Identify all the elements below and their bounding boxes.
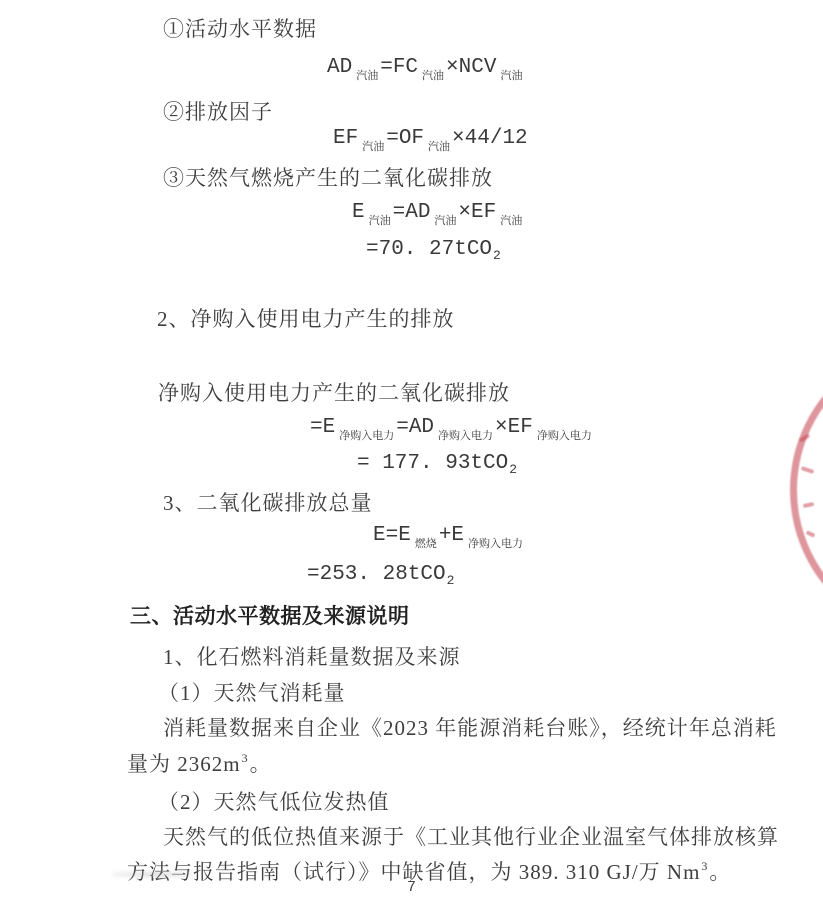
- formula-subscript: 汽油: [500, 70, 522, 82]
- item-activity-level-data: ①活动水平数据: [163, 13, 317, 43]
- formula-term: ×NCV: [446, 56, 496, 79]
- item-fossil-fuel-data: 1、化石燃料消耗量数据及来源: [163, 641, 461, 671]
- formula-gas-emission: E汽油=AD汽油×EF汽油: [352, 201, 524, 228]
- result-value: =70. 27tCO: [366, 238, 492, 261]
- formula-term: =FC: [380, 56, 418, 79]
- cubic-superscript: 3: [701, 859, 708, 873]
- formula-term: +E: [439, 524, 464, 547]
- formula-subscript: 净购入电力: [537, 430, 592, 442]
- co2-subscript: 2: [509, 462, 517, 477]
- cubic-superscript: 3: [242, 751, 249, 765]
- paragraph-consumption-line1: 消耗量数据来自企业《2023 年能源消耗台账》，经统计年总消耗: [163, 712, 777, 742]
- formula-subscript: 汽油: [369, 215, 391, 227]
- formula-term: AD: [327, 56, 352, 79]
- formula-term: ×EF: [495, 416, 533, 439]
- formula-term: E: [352, 201, 365, 224]
- item-total-co2: 3、二氧化碳排放总量: [163, 487, 373, 517]
- item-gas-consumption: （1）天然气消耗量: [158, 677, 346, 707]
- formula-subscript: 净购入电力: [438, 430, 493, 442]
- formula-term: =OF: [386, 127, 424, 150]
- formula-term: ×EF: [458, 201, 496, 224]
- formula-term: =AD: [396, 416, 434, 439]
- document-page: ①活动水平数据 AD汽油=FC汽油×NCV汽油 ②排放因子 EF汽油=OF汽油×…: [0, 0, 823, 904]
- formula-subscript: 净购入电力: [468, 538, 523, 550]
- formula-term: E=E: [373, 524, 411, 547]
- item-electricity-emissions: 2、净购入使用电力产生的排放: [157, 303, 455, 333]
- formula-emission-factor: EF汽油=OF汽油×44/12: [333, 127, 528, 154]
- item-heating-value: （2）天然气低位发热值: [158, 786, 390, 816]
- paragraph-text: 。: [250, 752, 272, 776]
- formula-electricity-emission: =E净购入电力=AD净购入电力×EF净购入电力: [310, 416, 594, 443]
- item-gas-combustion-co2: ③天然气燃烧产生的二氧化碳排放: [163, 162, 493, 192]
- section-heading-activity-data-sources: 三、活动水平数据及来源说明: [130, 600, 410, 630]
- formula-term: =AD: [393, 201, 431, 224]
- co2-subscript: 2: [447, 573, 455, 588]
- paragraph-consumption-line2: 量为 2362m3。: [127, 748, 272, 778]
- formula-total-emission: E=E燃烧+E净购入电力: [373, 524, 525, 551]
- item-emission-factor: ②排放因子: [163, 96, 273, 126]
- formula-term: EF: [333, 127, 358, 150]
- formula-subscript: 汽油: [362, 141, 384, 153]
- result-value: =253. 28tCO: [307, 563, 446, 586]
- formula-subscript: 汽油: [356, 70, 378, 82]
- formula-subscript: 净购入电力: [339, 430, 394, 442]
- formula-subscript: 燃烧: [415, 538, 437, 550]
- formula-subscript: 汽油: [428, 141, 450, 153]
- formula-term: =E: [310, 416, 335, 439]
- result-value: = 177. 93tCO: [357, 452, 508, 475]
- result-total-emission: =253. 28tCO2: [307, 563, 454, 588]
- page-number: 7: [0, 879, 823, 896]
- red-seal-stamp: [790, 340, 823, 640]
- label-electricity-co2: 净购入使用电力产生的二氧化碳排放: [158, 377, 510, 407]
- paragraph-heating-line1: 天然气的低位热值来源于《工业其他行业企业温室气体排放核算: [163, 821, 779, 851]
- co2-subscript: 2: [493, 248, 501, 263]
- formula-activity-level: AD汽油=FC汽油×NCV汽油: [327, 56, 524, 83]
- result-gas-emission: =70. 27tCO2: [366, 238, 501, 263]
- formula-subscript: 汽油: [500, 215, 522, 227]
- formula-subscript: 汽油: [422, 70, 444, 82]
- paragraph-text: 量为 2362m: [127, 752, 241, 776]
- formula-subscript: 汽油: [434, 215, 456, 227]
- formula-term: ×44/12: [452, 127, 528, 150]
- result-electricity-emission: = 177. 93tCO2: [357, 452, 517, 477]
- scan-smudge: [112, 871, 194, 878]
